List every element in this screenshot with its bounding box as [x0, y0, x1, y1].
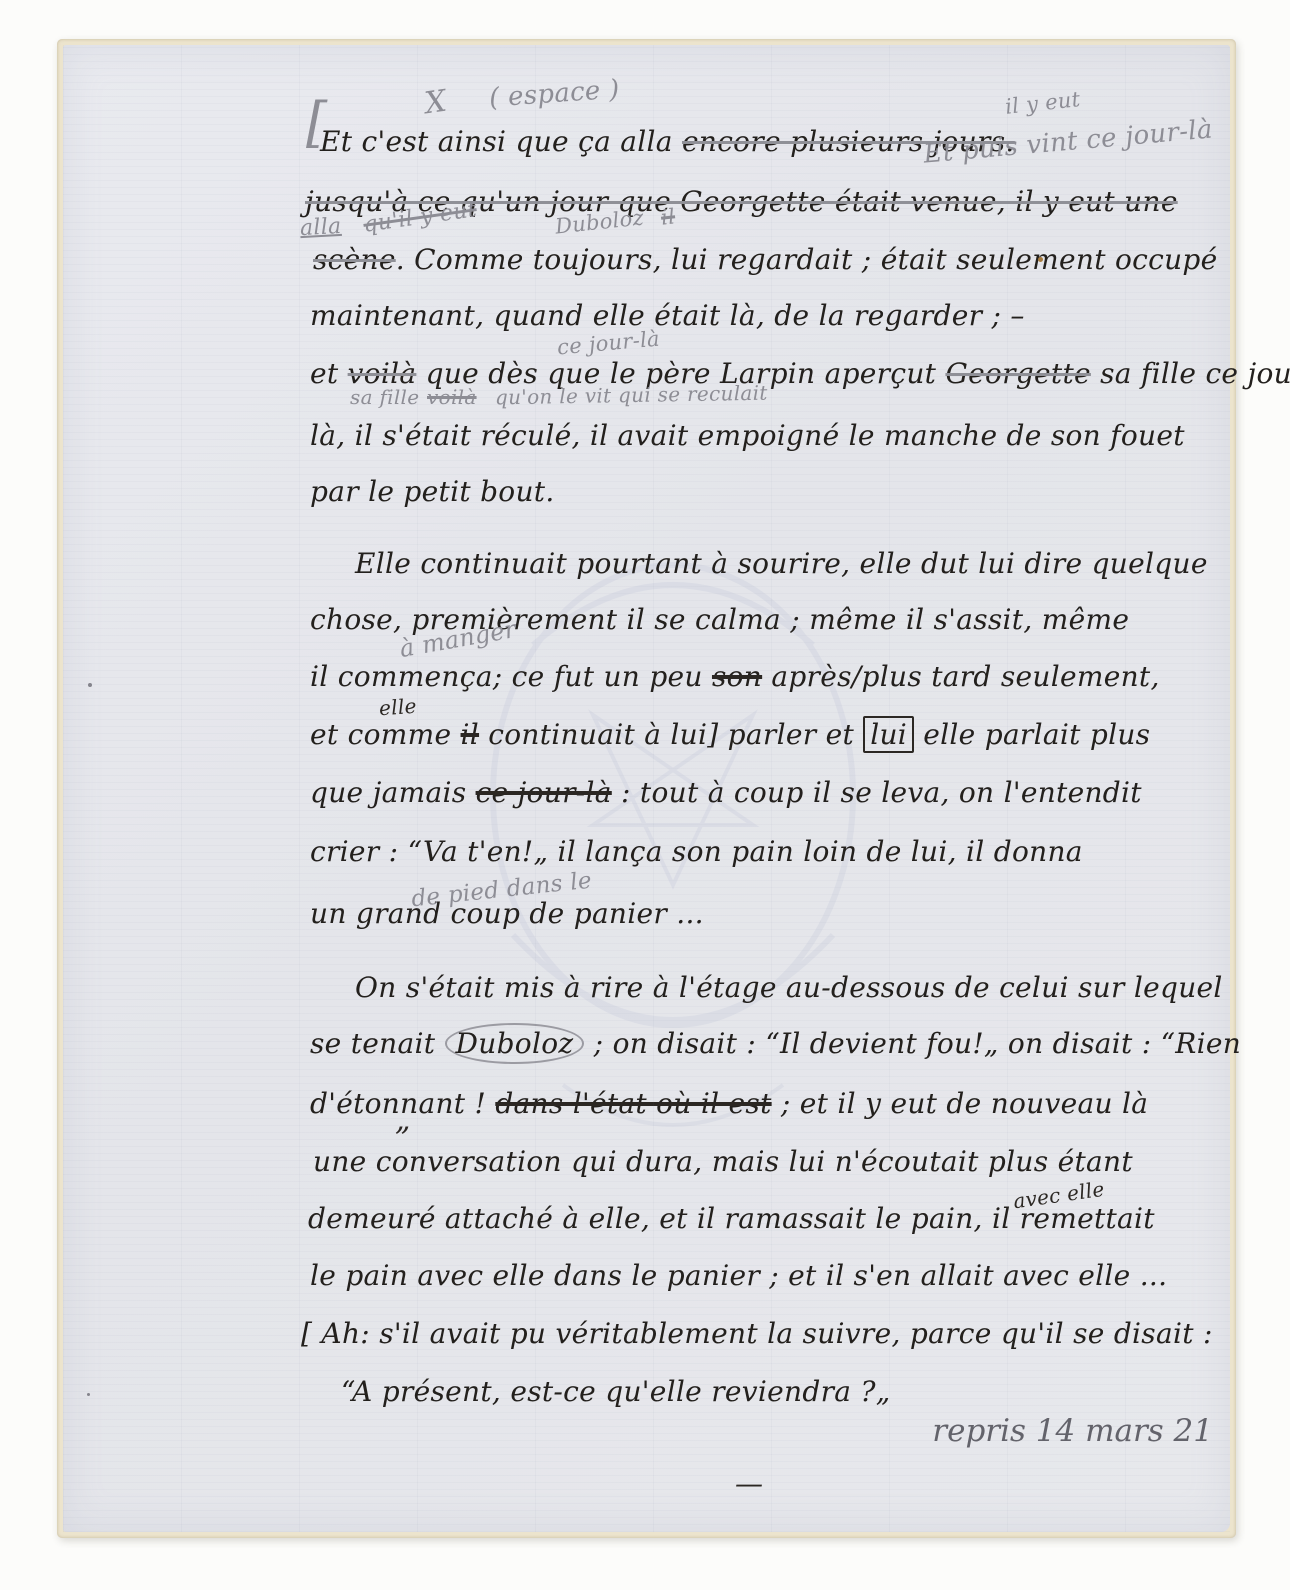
manuscript-segment: par le petit bout. [310, 475, 555, 508]
manuscript-line: [ Ah: s'il avait pu véritablement la sui… [301, 1315, 1213, 1353]
annotation: [ [306, 91, 327, 154]
paper-speck [87, 1393, 90, 1396]
manuscript-segment: Et c'est ainsi que ça alla [320, 125, 682, 158]
annotation: ( espace ) [488, 74, 620, 113]
manuscript-segment: continuait à lui] parler et [479, 718, 863, 751]
manuscript-segment: et [310, 357, 348, 390]
manuscript-line: Elle continuait pourtant à sourire, elle… [355, 545, 1208, 583]
annotation: elle [378, 694, 417, 721]
manuscript-segment: crier : “Va t'en!„ il lança son pain loi… [310, 835, 1083, 868]
manuscript-segment: Elle continuait pourtant à sourire, elle… [355, 547, 1208, 580]
manuscript-segment: une conversation qui dura, mais lui n'éc… [313, 1145, 1133, 1178]
annotation: il [660, 204, 676, 229]
manuscript-segment: dans l'état où il est [495, 1087, 771, 1120]
manuscript-segment: [ Ah: s'il avait pu véritablement la sui… [301, 1317, 1213, 1350]
manuscript-segment: “A présent, est-ce qu'elle reviendra ?„ [341, 1375, 891, 1408]
paper: Et c'est ainsi que ça alla encore plusie… [63, 45, 1230, 1532]
manuscript-line: maintenant, quand elle était là, de la r… [310, 297, 1025, 335]
annotation: X [423, 84, 449, 122]
manuscript-line: scène. Comme toujours, lui regardait ; é… [313, 241, 1218, 279]
manuscript-line: il commença; ce fut un peu son après/plu… [310, 658, 1160, 696]
manuscript-segment: elle parlait plus [914, 718, 1150, 751]
annotation: sa fille [350, 385, 419, 409]
manuscript-segment: ce jour-là [476, 776, 612, 809]
paper-speck [88, 683, 92, 687]
paper-speck [1038, 257, 1043, 262]
manuscript-segment: sa fille ce jour- [1091, 357, 1290, 390]
manuscript-segment: lui [863, 716, 914, 753]
manuscript-segment: Duboloz [445, 1023, 585, 1064]
manuscript-line: une conversation qui dura, mais lui n'éc… [313, 1143, 1133, 1181]
manuscript-line: là, il s'était réculé, il avait empoigné… [310, 417, 1185, 455]
manuscript-line: par le petit bout. [310, 473, 555, 511]
annotation: alla [299, 214, 342, 241]
manuscript-segment: il commença; ce fut un peu [310, 660, 712, 693]
manuscript-segment: Georgette [945, 357, 1090, 390]
manuscript-segment: il [461, 718, 480, 751]
manuscript-line: Et c'est ainsi que ça alla encore plusie… [320, 123, 1015, 161]
manuscript-segment: ; on disait : “Il devient fou!„ on disai… [584, 1027, 1241, 1060]
manuscript-segment: là, il s'était réculé, il avait empoigné… [310, 419, 1185, 452]
manuscript-line: crier : “Va t'en!„ il lança son pain loi… [310, 833, 1083, 871]
manuscript-segment: le pain avec elle dans le panier ; et il… [310, 1259, 1167, 1292]
manuscript-line: le pain avec elle dans le panier ; et il… [310, 1257, 1167, 1295]
manuscript-segment: ; et il y eut de nouveau là [772, 1087, 1149, 1120]
manuscript-segment: . Comme toujours, lui regardait ; était … [396, 243, 1218, 276]
manuscript-line: que jamais ce jour-là : tout à coup il s… [310, 774, 1142, 812]
manuscript-segment: et comme [310, 718, 461, 751]
manuscript-segment: maintenant, quand elle était là, de la r… [310, 299, 1025, 332]
annotation: — [735, 1467, 763, 1500]
manuscript-line: On s'était mis à rire à l'étage au-desso… [355, 969, 1223, 1007]
annotation: qu'on le vit qui se reculait [495, 381, 768, 410]
annotation: „ [395, 1103, 411, 1138]
manuscript-segment: : tout à coup il se leva, on l'entendit [612, 776, 1142, 809]
manuscript-line: “A présent, est-ce qu'elle reviendra ?„ [341, 1373, 891, 1411]
manuscript-segment: scène [313, 243, 396, 276]
manuscript-line: se tenait Duboloz ; on disait : “Il devi… [310, 1025, 1241, 1063]
manuscript-line: et comme il continuait à lui] parler et … [310, 716, 1150, 754]
scan-background: { "page": { "type": "handwritten manuscr… [0, 0, 1290, 1590]
manuscript-segment: que jamais [310, 776, 476, 809]
manuscript-line: d'étonnant ! dans l'état où il est ; et … [310, 1085, 1148, 1123]
manuscript-segment: son [712, 660, 762, 693]
annotation: voilà [427, 385, 477, 409]
manuscript-segment: On s'était mis à rire à l'étage au-desso… [355, 971, 1223, 1004]
manuscript-segment: se tenait [310, 1027, 445, 1060]
date-note: repris 14 mars 21 [883, 1413, 1213, 1449]
manuscript-segment: après/plus tard seulement, [762, 660, 1160, 693]
annotation: il y eut [1004, 87, 1082, 119]
